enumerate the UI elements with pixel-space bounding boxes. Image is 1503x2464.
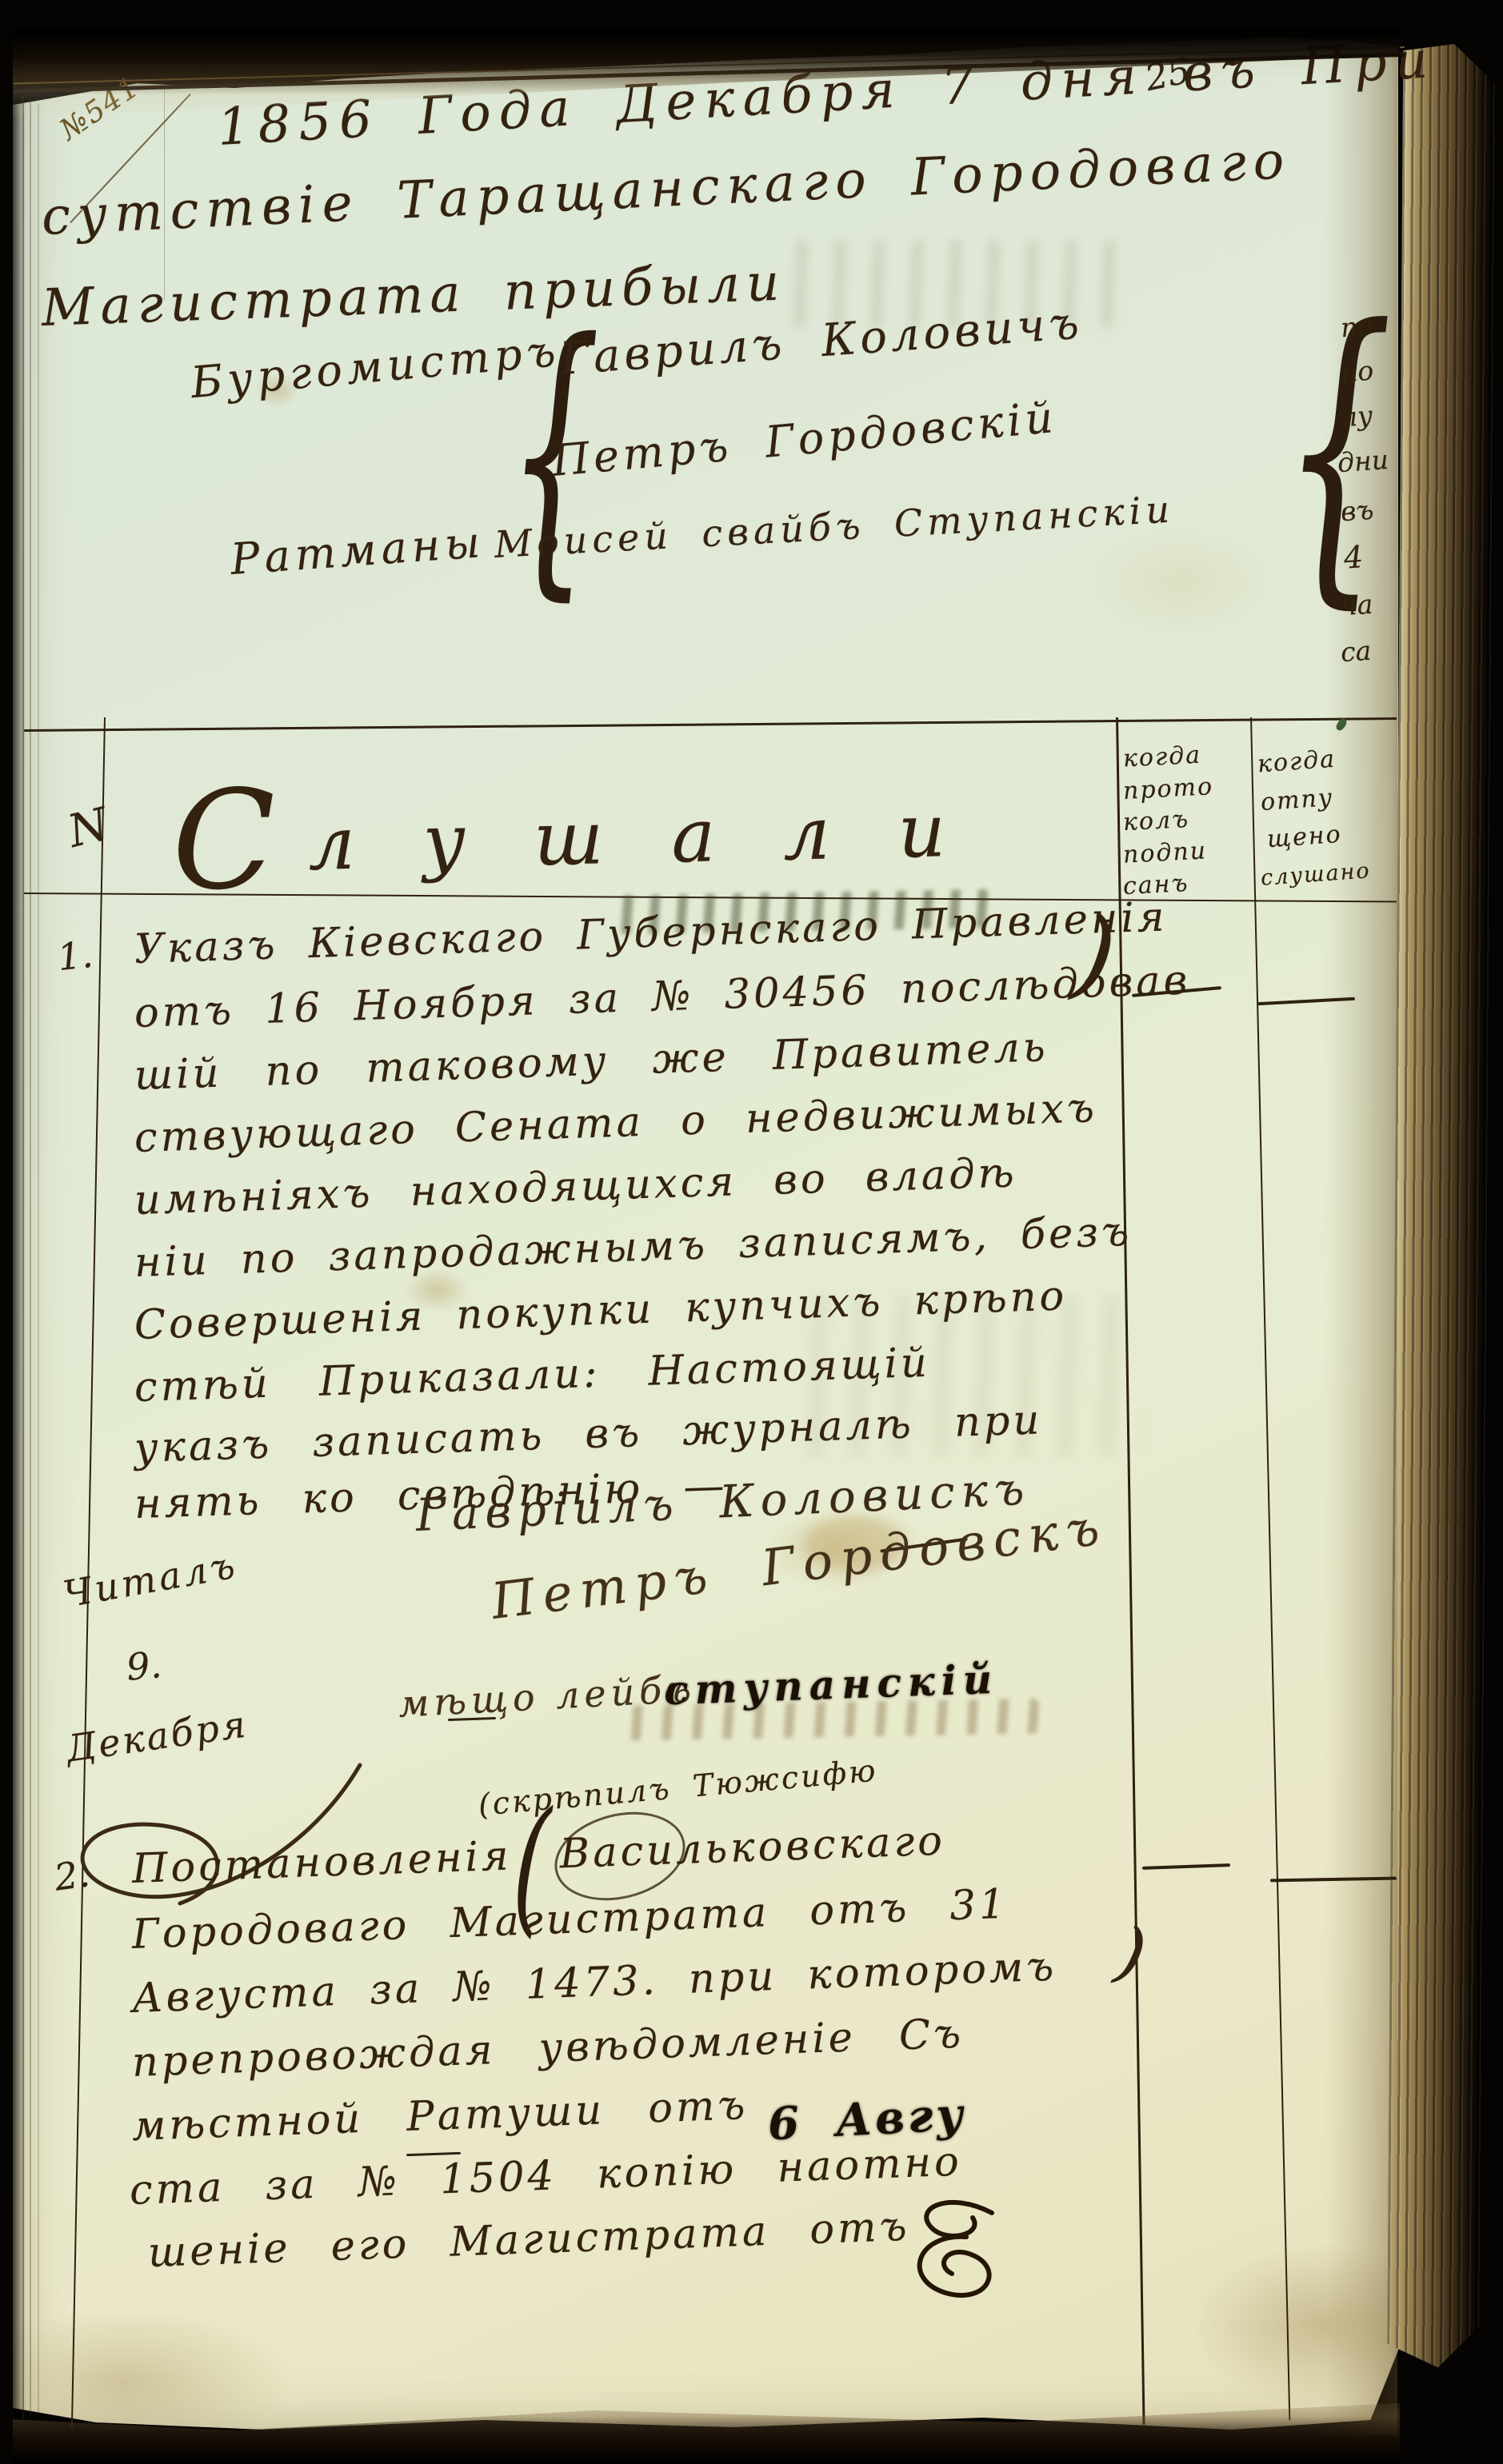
time-note-word: лу [1340, 402, 1373, 431]
time-note-word: по [1340, 313, 1374, 341]
fold-line [38, 104, 39, 2415]
fold-line [22, 96, 24, 2419]
margin-note-line: 9. [125, 1646, 163, 1686]
signed-col-header-line: колъ [1122, 808, 1190, 835]
time-note-word: ча [1340, 591, 1373, 620]
entry-number: 1. [56, 936, 94, 976]
fold-line [30, 100, 31, 2419]
time-note-word: 4 [1343, 541, 1365, 573]
slushali-column-header: Слушали [170, 757, 1014, 910]
entry-number: 2. [52, 1855, 92, 1896]
done-col-header-line: щено [1266, 823, 1342, 852]
time-note-word: дни [1337, 446, 1389, 476]
done-col-header-line: когда [1257, 748, 1337, 777]
signed-col-header-line: когда [1122, 743, 1201, 771]
signed-col-header-line: подпи [1122, 839, 1207, 867]
time-note-word: въ [1340, 497, 1374, 525]
monogram-flourish [872, 2195, 1016, 2315]
signed-col-header-line: прото [1122, 775, 1214, 804]
margin-flourish [44, 1747, 388, 1915]
time-note-word: са [1340, 637, 1372, 666]
book-binding-edge [1387, 42, 1496, 2378]
done-col-header-line: отпу [1260, 786, 1334, 815]
scanned-journal-page: №541 25 1856 Года Декабря 7 дня въ При с… [0, 0, 1503, 2464]
signature-stupansky: ступанскій [663, 1659, 999, 1711]
time-note-word: по [1340, 357, 1374, 386]
